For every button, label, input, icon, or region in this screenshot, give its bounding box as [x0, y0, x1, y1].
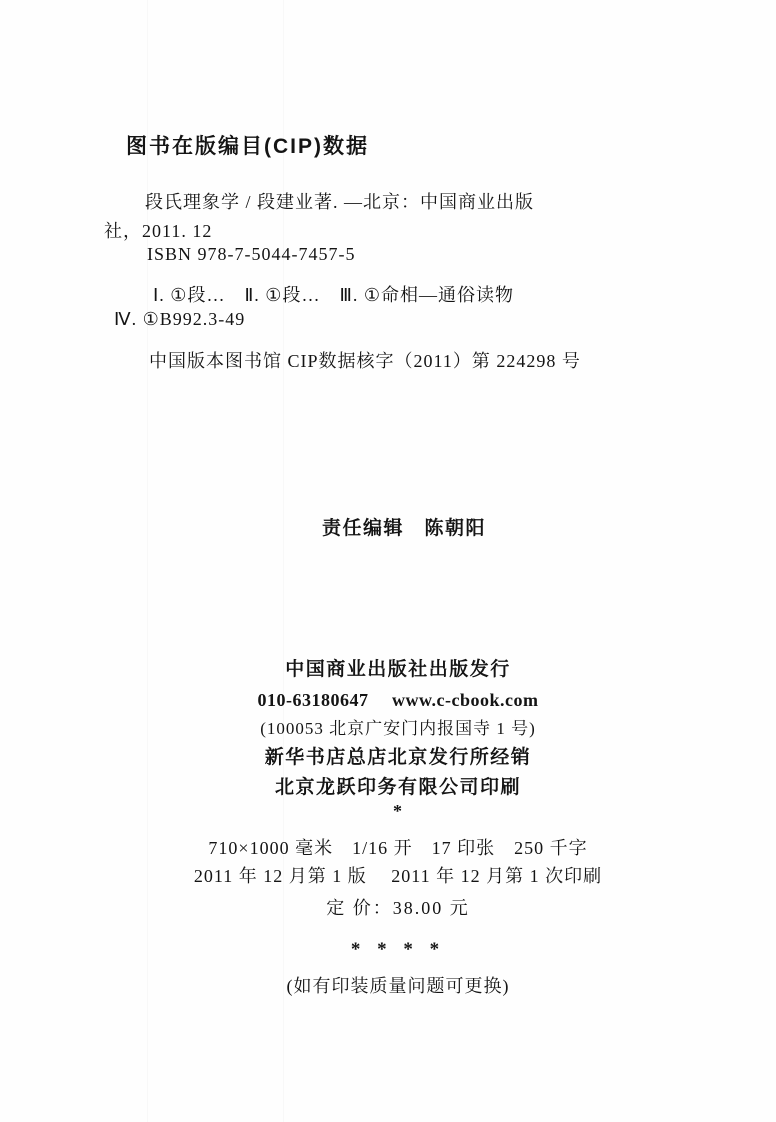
copyright-page: 图书在版编目(CIP)数据 段氏理象学 / 段建业著. —北京：中国商业出版 社… — [0, 0, 776, 1122]
responsible-editor-line: 责任编辑 陈朝阳 — [322, 513, 486, 540]
four-asterisk-separator: * * * * — [20, 939, 776, 961]
printer-line: 北京龙跃印务有限公司印刷 — [20, 772, 776, 799]
cip-heading: 图书在版编目(CIP)数据 — [126, 130, 369, 160]
cip-title-author-line: 段氏理象学 / 段建业著. —北京：中国商业出版 — [145, 188, 534, 214]
price-line: 定 价：38.00 元 — [20, 894, 776, 920]
cip-classification-line-1: Ⅰ. ①段… Ⅱ. ①段… Ⅲ. ①命相—通俗读物 — [153, 281, 514, 307]
edition-impression-line: 2011 年 12 月第 1 版 2011 年 12 月第 1 次印刷 — [20, 862, 776, 888]
quality-replacement-notice: (如有印装质量问题可更换) — [20, 972, 776, 998]
publisher-address-line: (100053 北京广安门内报国寺 1 号) — [20, 714, 776, 739]
cip-title-author-line-wrap: 社，2011. 12 — [104, 217, 212, 243]
cip-record-number-line: 中国版本图书馆 CIP数据核字（2011）第 224298 号 — [149, 347, 581, 373]
format-sheet-line: 710×1000 毫米 1/16 开 17 印张 250 千字 — [20, 834, 776, 860]
distributor-line: 新华书店总店北京发行所经销 — [20, 742, 776, 769]
isbn-line: ISBN 978-7-5044-7457-5 — [147, 244, 356, 265]
cip-classification-line-2: Ⅳ. ①B992.3-49 — [114, 309, 245, 330]
phone-website-line: 010-63180647 www.c-cbook.com — [20, 686, 776, 712]
publisher-line: 中国商业出版社出版发行 — [20, 654, 776, 681]
asterisk-separator: * — [20, 801, 776, 822]
